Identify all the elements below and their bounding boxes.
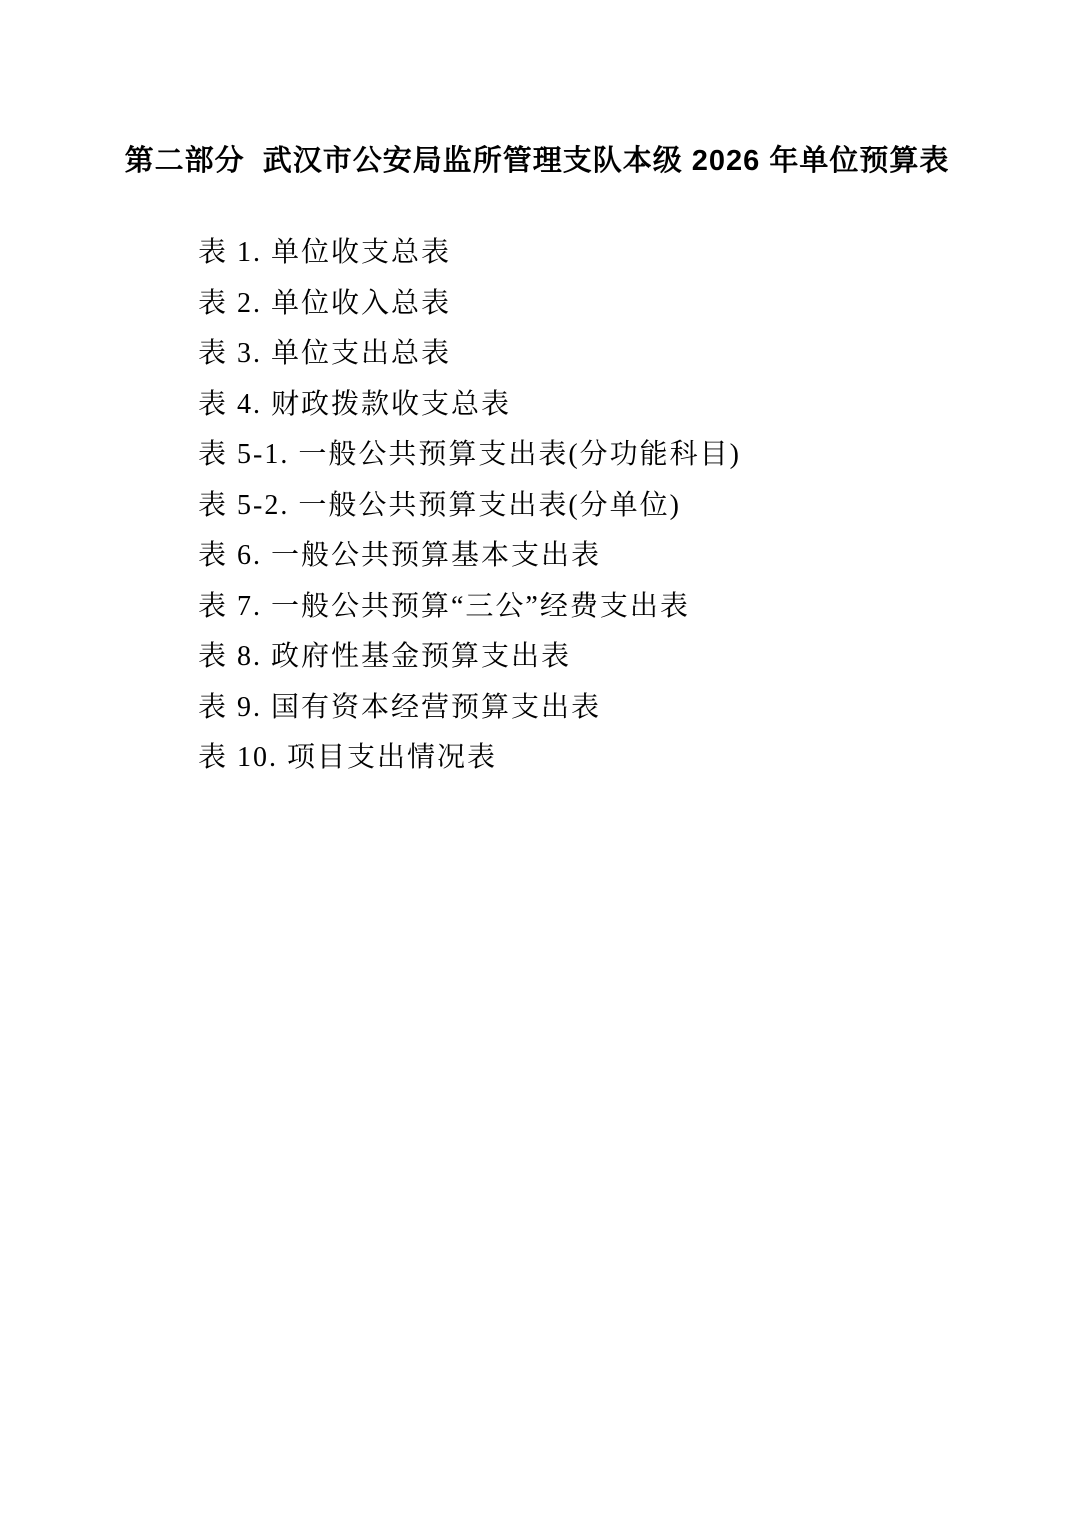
toc-item-table-5-1: 表 5-1. 一般公共预算支出表(分功能科目) [198,430,1014,481]
document-title: 第二部分 武汉市公安局监所管理支队本级 2026 年单位预算表 [0,144,1074,178]
toc-item-table-3: 表 3. 单位支出总表 [198,329,1014,380]
toc-item-table-2: 表 2. 单位收入总表 [198,279,1014,330]
toc-item-table-4: 表 4. 财政拨款收支总表 [198,380,1014,431]
toc-item-table-10: 表 10. 项目支出情况表 [198,733,1014,784]
document-page: 第二部分 武汉市公安局监所管理支队本级 2026 年单位预算表 表 1. 单位收… [0,0,1074,1520]
toc-item-table-8: 表 8. 政府性基金预算支出表 [198,632,1014,683]
toc-item-table-9: 表 9. 国有资本经营预算支出表 [198,683,1014,734]
table-of-contents: 表 1. 单位收支总表 表 2. 单位收入总表 表 3. 单位支出总表 表 4.… [198,228,1014,784]
toc-item-table-5-2: 表 5-2. 一般公共预算支出表(分单位) [198,481,1014,532]
toc-item-table-1: 表 1. 单位收支总表 [198,228,1014,279]
toc-item-table-6: 表 6. 一般公共预算基本支出表 [198,531,1014,582]
toc-item-table-7: 表 7. 一般公共预算“三公”经费支出表 [198,582,1014,633]
